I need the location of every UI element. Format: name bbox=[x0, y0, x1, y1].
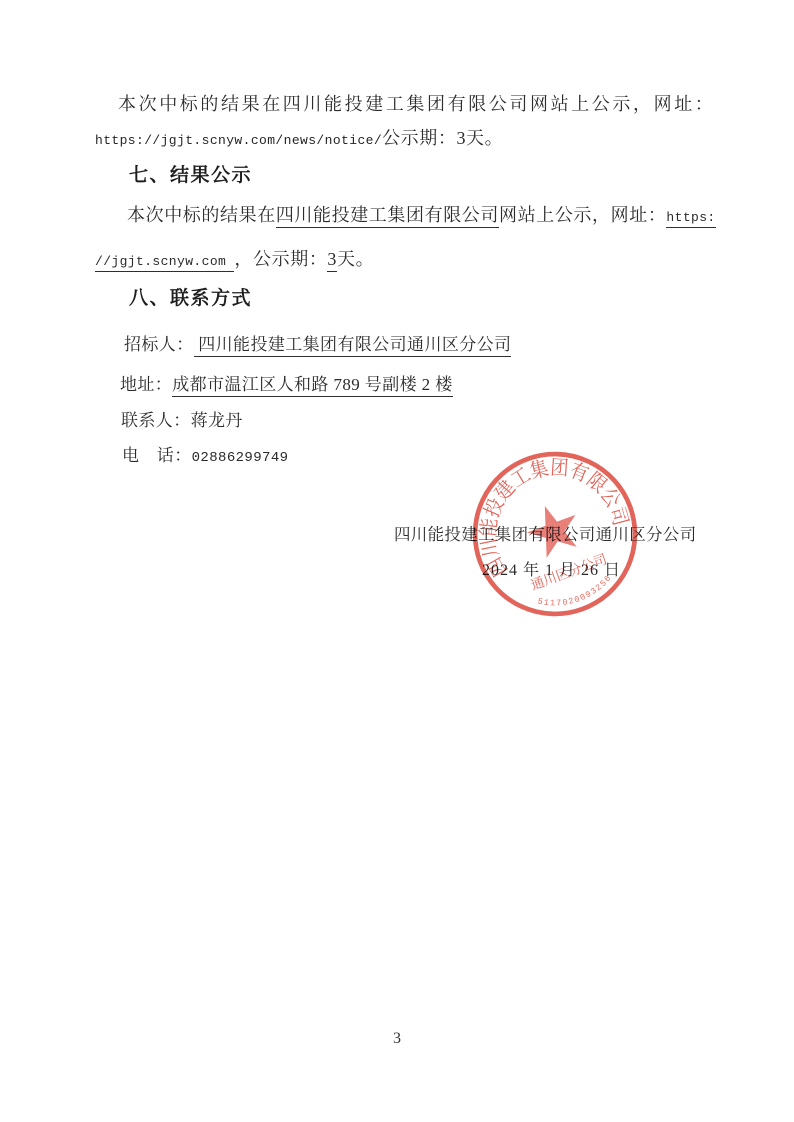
sec7-url-part1: https: bbox=[666, 210, 715, 228]
publicity-period: 公示期：3天。 bbox=[382, 128, 503, 148]
phone-value: 02886299749 bbox=[192, 450, 289, 466]
contact-person-row: 联系人：蒋龙丹 bbox=[121, 406, 243, 431]
bidder-value: 四川能投建工集团有限公司通川区分公司 bbox=[194, 335, 512, 357]
bidder-label: 招标人： bbox=[124, 335, 194, 354]
address-value: 成都市温江区人和路 789 号副楼 2 楼 bbox=[172, 375, 452, 397]
sec7-text-mid: 网站上公示，网址： bbox=[499, 205, 666, 225]
contact-person-label: 联系人： bbox=[121, 411, 191, 430]
paragraph-publicity-line2: https://jgjt.scnyw.com/news/notice/公示期：3… bbox=[95, 126, 503, 150]
sec7-text-pre: 本次中标的结果在 bbox=[127, 205, 276, 225]
section7-heading: 七、结果公示 bbox=[129, 160, 252, 187]
address-row: 地址：成都市温江区人和路 789 号副楼 2 楼 bbox=[120, 370, 453, 395]
signature-company: 四川能投建工集团有限公司通川区分公司 bbox=[394, 521, 696, 545]
section7-body-line2: //jgjt.scnyw.com ，公示期：3天。 bbox=[95, 247, 374, 274]
paragraph-publicity-line1: 本次中标的结果在四川能投建工集团有限公司网站上公示，网址： bbox=[118, 92, 715, 116]
phone-row: 电 话：02886299749 bbox=[122, 441, 288, 466]
sec7-text-sep: ，公示期： bbox=[234, 249, 327, 269]
sec7-company-underlined: 四川能投建工集团有限公司 bbox=[276, 205, 499, 228]
sec7-days-underlined: 3 bbox=[327, 249, 337, 272]
address-label: 地址： bbox=[120, 375, 172, 394]
sec7-text-post: 天。 bbox=[337, 249, 374, 269]
section8-heading: 八、联系方式 bbox=[129, 283, 252, 310]
phone-label: 电 话： bbox=[122, 446, 192, 465]
document-page: 本次中标的结果在四川能投建工集团有限公司网站上公示，网址： https://jg… bbox=[0, 0, 794, 1122]
sec7-url-part2: //jgjt.scnyw.com bbox=[95, 254, 234, 272]
contact-person-value: 蒋龙丹 bbox=[191, 411, 243, 430]
bidder-row: 招标人： 四川能投建工集团有限公司通川区分公司 bbox=[124, 330, 511, 355]
signature-date: 2024 年 1 月 26 日 bbox=[482, 557, 621, 580]
page-number: 3 bbox=[0, 1030, 794, 1048]
section7-body-line1: 本次中标的结果在四川能投建工集团有限公司网站上公示，网址：https: bbox=[127, 203, 716, 230]
publicity-url: https://jgjt.scnyw.com/news/notice/ bbox=[95, 133, 382, 148]
